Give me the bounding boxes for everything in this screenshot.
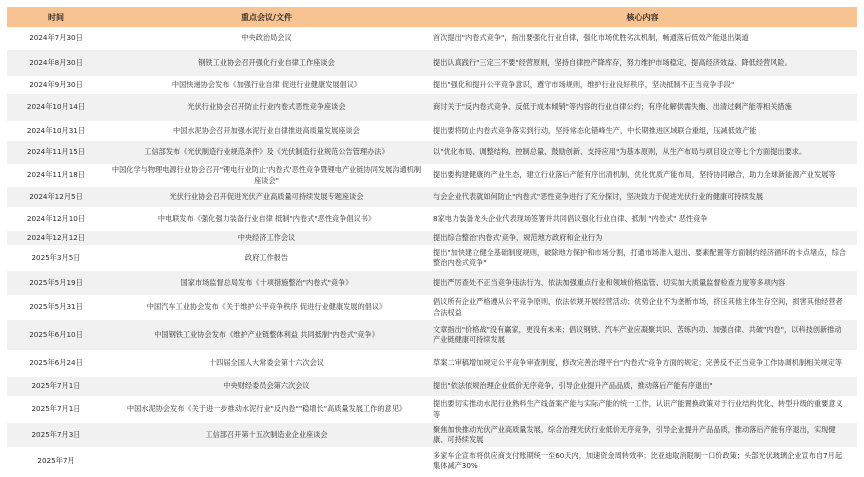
cell-time: 2025年6月24日 bbox=[7, 350, 105, 377]
cell-content: 聚焦加快推动光伏产业高质量发展，综合治理光伏行业低价无序竞争，引导企业提升产品品… bbox=[428, 423, 857, 447]
cell-document: 政府工作报告 bbox=[105, 245, 428, 271]
cell-time: 2024年11月18日 bbox=[7, 164, 105, 187]
cell-document: 国家市场监督总局发布《十项措施整治"内卷式"竞争》 bbox=[105, 271, 428, 295]
table-row: 2024年11月15日 工信部发布《光伏制造行业规范条件》及《光伏制造行业规范公… bbox=[7, 141, 857, 164]
cell-document: 钢铁工业协会召开强化行业自律工作座谈会 bbox=[105, 50, 428, 76]
cell-document: 中央经济工作会议 bbox=[105, 231, 428, 245]
cell-content: 文章指出"价格战"没有赢家，更没有未来；倡议钢铁、汽车产业应凝聚共识、苦练内功、… bbox=[428, 320, 857, 350]
cell-time: 2024年8月30日 bbox=[7, 50, 105, 76]
table-row: 2025年5月19日 国家市场监督总局发布《十项措施整治"内卷式"竞争》 提出严… bbox=[7, 271, 857, 295]
cell-time: 2025年7月1日 bbox=[7, 377, 105, 396]
policy-timeline-table-container: 时间 重点会议/文件 核心内容 2024年7月30日 中央政治局会议 首次提出"… bbox=[7, 7, 857, 475]
cell-time: 2025年6月10日 bbox=[7, 320, 105, 350]
cell-document: 中国快递协会发布《加强行业自律 促进行业健康发展倡议》 bbox=[105, 76, 428, 94]
table-row: 2025年7月3日 工信部召开第十五次制造业企业座谈会 聚焦加快推动光伏产业高质… bbox=[7, 423, 857, 447]
cell-time: 2024年11月15日 bbox=[7, 141, 105, 164]
table-row: 2024年12月5日 光伏行业协会召开促进光伏产业高质量可持续发展专题座谈会 与… bbox=[7, 187, 857, 207]
table-row: 2024年11月18日 中国化学与物理电源行业协会召开"锂电行业防止'内卷式'恶… bbox=[7, 164, 857, 187]
table-row: 2024年9月30日 中国快递协会发布《加强行业自律 促进行业健康发展倡议》 提… bbox=[7, 76, 857, 94]
cell-document: 十四届全国人大常委会第十六次会议 bbox=[105, 350, 428, 377]
table-row: 2025年3月5日 政府工作报告 提出"加快建立健全基础制度规则，破除地方保护和… bbox=[7, 245, 857, 271]
cell-time: 2025年7月1日 bbox=[7, 396, 105, 423]
cell-time: 2024年12月10日 bbox=[7, 207, 105, 231]
table-row: 2024年7月30日 中央政治局会议 首次提出"内卷式竞争"，指出要强化行业自律… bbox=[7, 27, 857, 50]
table-row: 2025年6月24日 十四届全国人大常委会第十六次会议 草案二审稿增加规定公平竞… bbox=[7, 350, 857, 377]
cell-content: 提出要构建健康的产业生态，建立行业落后产能有序出清机制，优化优质产能布局，坚持协… bbox=[428, 164, 857, 187]
cell-time: 2025年5月19日 bbox=[7, 271, 105, 295]
table-row: 2024年10月31日 中国水泥协会召开加强水泥行业自律推进高质量发展座谈会 提… bbox=[7, 121, 857, 141]
cell-content: 提出综合整治'内卷式'竞争，规范地方政府和企业行为 bbox=[428, 231, 857, 245]
cell-document: 光伏行业协会召开促进光伏产业高质量可持续发展专题座谈会 bbox=[105, 187, 428, 207]
table-row: 2024年12月10日 中电联发布《强化强力装备行业自律 抵制"内卷式"恶性竞争… bbox=[7, 207, 857, 231]
header-document: 重点会议/文件 bbox=[105, 7, 428, 27]
cell-content: 以"优化布局、调整结构、控制总量、鼓励创新、支持应用"为基本原则，从生产布局与项… bbox=[428, 141, 857, 164]
cell-content: 商讨关于"反内卷式竞争、反低于成本倾销"等内容的行业自律公约；有序化解供需失衡、… bbox=[428, 94, 857, 121]
header-content: 核心内容 bbox=[428, 7, 857, 27]
cell-content: 倡议所有企业严格遵从公平竞争原则，依法依规开展经营活动；优势企业不为垄断市场，挤… bbox=[428, 295, 857, 320]
cell-time: 2024年10月31日 bbox=[7, 121, 105, 141]
cell-document: 中国钢铁工业协会发布《维护产业链整体利益 共同抵制"内卷式"竞争》 bbox=[105, 320, 428, 350]
policy-timeline-table: 时间 重点会议/文件 核心内容 2024年7月30日 中央政治局会议 首次提出"… bbox=[7, 7, 857, 475]
table-row: 2025年6月10日 中国钢铁工业协会发布《维护产业链整体利益 共同抵制"内卷式… bbox=[7, 320, 857, 350]
cell-document: 工信部召开第十五次制造业企业座谈会 bbox=[105, 423, 428, 447]
cell-content: 提出要将防止内卷式竞争落实到行动，坚持常态化错峰生产，中长期推进区域联合重组，压… bbox=[428, 121, 857, 141]
cell-content: 提出认真践行"三定三不要"经营原则，坚持自律控产降库存，努力维护市场稳定、提高经… bbox=[428, 50, 857, 76]
cell-document: 光伏行业协会召开防止行业内卷式恶性竞争座谈会 bbox=[105, 94, 428, 121]
table-row: 2025年5月31日 中国汽车工业协会发布《关于维护公平竞争秩序 促进行业健康发… bbox=[7, 295, 857, 320]
cell-time: 2024年7月30日 bbox=[7, 27, 105, 50]
table-row: 2024年12月12日 中央经济工作会议 提出综合整治'内卷式'竞争，规范地方政… bbox=[7, 231, 857, 245]
table-row: 2024年8月30日 钢铁工业协会召开强化行业自律工作座谈会 提出认真践行"三定… bbox=[7, 50, 857, 76]
cell-time: 2025年3月5日 bbox=[7, 245, 105, 271]
cell-time: 2024年10月14日 bbox=[7, 94, 105, 121]
cell-content: 提出"依法依规治理企业低价无序竞争，引导企业提升产品品质，推动落后产能有序退出" bbox=[428, 377, 857, 396]
cell-content: 提出"加快建立健全基础制度规则，破除地方保护和市场分割，打通市场准入退出、要素配… bbox=[428, 245, 857, 271]
cell-content: 多家车企宣布将供应商支付账期统一至60天内，加速资金周转效率；比亚迪取消限制一口… bbox=[428, 447, 857, 475]
cell-document: 工信部发布《光伏制造行业规范条件》及《光伏制造行业规范公告管理办法》 bbox=[105, 141, 428, 164]
cell-document: 中国汽车工业协会发布《关于维护公平竞争秩序 促进行业健康发展的倡议》 bbox=[105, 295, 428, 320]
cell-time: 2024年9月30日 bbox=[7, 76, 105, 94]
cell-document: 中国水泥协会召开加强水泥行业自律推进高质量发展座谈会 bbox=[105, 121, 428, 141]
cell-content: 提出"强化和提升公平竞争意识，遵守市场规则，维护行业良好秩序，坚决抵制不正当竞争… bbox=[428, 76, 857, 94]
header-time: 时间 bbox=[7, 7, 105, 27]
cell-time: 2025年7月3日 bbox=[7, 423, 105, 447]
cell-document: 中央政治局会议 bbox=[105, 27, 428, 50]
cell-content: 提出严厉查处不正当竞争违法行为、依法加强重点行业和领域价格监管、切实加大质量监督… bbox=[428, 271, 857, 295]
cell-content: 草案二审稿增加规定公平竞争审查制度，修改完善治理平台"内卷式"竞争方面的规定；完… bbox=[428, 350, 857, 377]
cell-content: 提出要切实推动水泥行业熟料生产线备案产能与实际产能的统一工作，认识产能置换政策对… bbox=[428, 396, 857, 423]
cell-content: 8家电力装备龙头企业代表现场签署并共同倡议强化行业自律、抵制 "内卷式" 恶性竞… bbox=[428, 207, 857, 231]
cell-time: 2024年12月12日 bbox=[7, 231, 105, 245]
cell-document: 中国水泥协会发布《关于进一步推动水泥行业"反内卷""稳增长"高质量发展工作的意见… bbox=[105, 396, 428, 423]
cell-time: 2024年12月5日 bbox=[7, 187, 105, 207]
cell-content: 与会企业代表就如何防止"内卷式"恶性竞争进行了充分探讨，坚决致力于促进光伏行业的… bbox=[428, 187, 857, 207]
table-row: 2025年7月1日 中国水泥协会发布《关于进一步推动水泥行业"反内卷""稳增长"… bbox=[7, 396, 857, 423]
table-row: 2025年7月 多家车企宣布将供应商支付账期统一至60天内，加速资金周转效率；比… bbox=[7, 447, 857, 475]
table-row: 2025年7月1日 中央财经委员会第六次会议 提出"依法依规治理企业低价无序竞争… bbox=[7, 377, 857, 396]
cell-document: 中国化学与物理电源行业协会召开"锂电行业防止'内卷式'恶性竞争暨锂电产业链协同发… bbox=[105, 164, 428, 187]
cell-time: 2025年7月 bbox=[7, 447, 105, 475]
table-row: 2024年10月14日 光伏行业协会召开防止行业内卷式恶性竞争座谈会 商讨关于"… bbox=[7, 94, 857, 121]
table-header-row: 时间 重点会议/文件 核心内容 bbox=[7, 7, 857, 27]
cell-content: 首次提出"内卷式竞争"，指出要强化行业自律，强化市场优胜劣汰机制，畅通落后低效产… bbox=[428, 27, 857, 50]
cell-document: 中央财经委员会第六次会议 bbox=[105, 377, 428, 396]
table-body: 2024年7月30日 中央政治局会议 首次提出"内卷式竞争"，指出要强化行业自律… bbox=[7, 27, 857, 475]
cell-time: 2025年5月31日 bbox=[7, 295, 105, 320]
cell-document bbox=[105, 447, 428, 475]
cell-document: 中电联发布《强化强力装备行业自律 抵制"内卷式"恶性竞争倡议书》 bbox=[105, 207, 428, 231]
